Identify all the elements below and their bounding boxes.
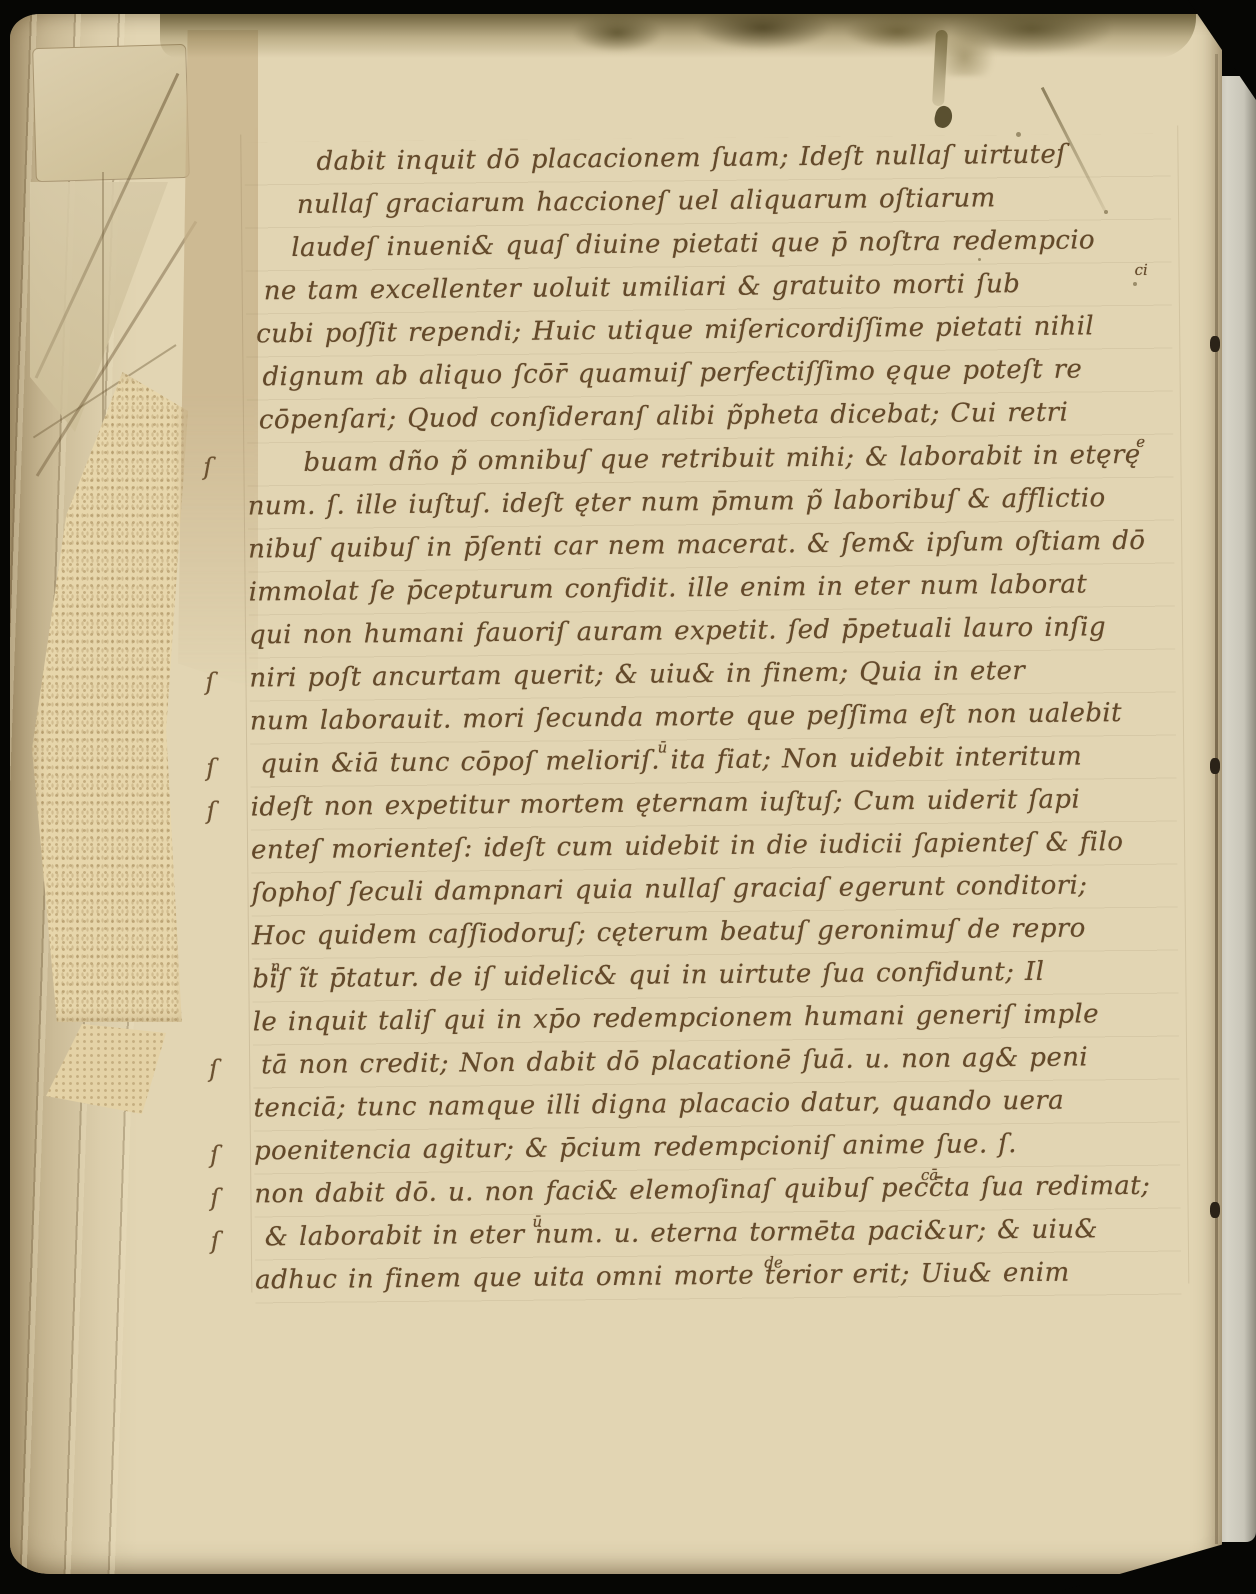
text-line: adhuc in finem que uita omni morte terio… — [255, 1252, 1181, 1304]
text-line-content: cōpenſari; Quod conſideranſ alibi p̃phet… — [259, 398, 1069, 436]
text-line-content: biſ ĩt p̄tatur. de iſ uidelic& qui in ui… — [252, 957, 1044, 995]
text-line-content: adhuc in finem que uita omni morte terio… — [255, 1258, 1070, 1296]
edge-notch — [1210, 1202, 1220, 1218]
margin-mark: ſ — [209, 1049, 219, 1089]
text-line-content: tenciā; tunc namque illi digna placacio … — [253, 1086, 1064, 1124]
manuscript-photo: dabit inquit dō placacionem ſuam; Ideſt … — [0, 0, 1256, 1594]
interlinear-addition: cā — [921, 1155, 939, 1195]
text-line-content: niri poſt ancurtam querit; & uiu& in fin… — [249, 656, 1025, 693]
stain-drip — [932, 30, 948, 107]
fold-crease — [102, 172, 104, 438]
edge-notch — [1210, 758, 1220, 774]
margin-mark: ſ — [206, 748, 216, 788]
margin-mark: ſ — [210, 1178, 220, 1218]
interlinear-addition: ū — [657, 727, 667, 767]
text-line-content: poenitencia agitur; & p̄cium redempcioni… — [254, 1129, 1017, 1166]
top-edge-stain-dark — [550, 14, 1110, 76]
text-line-content: Hoc quidem caſſiodoruſ; cęterum beatuſ g… — [252, 913, 1086, 951]
page-edge-crease — [1215, 54, 1218, 1544]
text-line-content: quin &iā tunc cōpoſ melioriſ. ita fiat; … — [260, 741, 1082, 779]
margin-mark: ſ — [211, 1221, 221, 1261]
margin-mark: ſ — [207, 791, 217, 831]
text-line-content: & laborabit in eter num. u. eterna tormē… — [265, 1214, 1098, 1252]
interlinear-addition: ci — [1134, 250, 1148, 290]
text-line-content: qui non humani fauoriſ auram expetit. ſe… — [249, 612, 1106, 650]
text-line-content: non dabit dō. u. non faci& elemoſinaſ qu… — [254, 1171, 1150, 1210]
text-line-content: nibuſ quibuſ in p̄ſenti car nem macerat.… — [248, 526, 1145, 565]
text-line-content: num. ſ. ille iuſtuſ. ideſt ęter num p̄mu… — [248, 483, 1106, 521]
text-line-content: cubi poſſit rependi; Huic utique miſeric… — [256, 311, 1094, 349]
interlinear-addition: ū — [532, 1202, 542, 1242]
text-line-content: ne tam excellenter uoluit umiliari & gra… — [264, 269, 1021, 306]
text-line-content: buam dño p̃ omnibuſ que retribuit mihi; … — [303, 440, 1141, 478]
text-line-content: ſophoſ ſeculi dampnari quia nullaſ graci… — [251, 870, 1087, 908]
text-line-content: ideſt non expetitur mortem ęternam iuſtu… — [251, 784, 1081, 822]
interlinear-addition: de — [764, 1242, 783, 1282]
parchment-fold-top — [32, 44, 190, 182]
text-line-content: num laborauit. mori ſecunda morte que pe… — [250, 698, 1122, 736]
margin-mark: ſ — [210, 1135, 220, 1175]
text-line-content: dabit inquit dō placacionem ſuam; Ideſt … — [316, 140, 1066, 177]
interlinear-addition: n — [271, 946, 281, 986]
stain-drip-blob — [933, 104, 955, 129]
text-line-content: tā non credit; Non dabit dō placationē ſ… — [261, 1042, 1088, 1080]
text-line-content: laudeſ inueni& quaſ diuine pietati que p… — [291, 225, 1095, 263]
text-line-content: immolat ſe p̄cepturum confidit. ille eni… — [248, 569, 1087, 607]
text-line-content: nullaſ graciarum haccioneſ uel aliquarum… — [297, 183, 996, 220]
edge-notch — [1210, 336, 1220, 352]
manuscript-page: dabit inquit dō placacionem ſuam; Ideſt … — [10, 14, 1222, 1574]
text-line-content: le inquit taliſ qui in xp̄o redempcionem… — [253, 999, 1099, 1037]
text-block: dabit inquit dō placacionem ſuam; Ideſt … — [244, 134, 1181, 1333]
text-line-content: dignum ab aliquo ſcōr̄ quamuiſ perfectiſ… — [262, 354, 1082, 392]
margin-mark: ſ — [205, 662, 215, 702]
margin-mark: ſ — [203, 447, 213, 487]
text-line-content: enteſ morienteſ: ideſt cum uidebit in di… — [251, 827, 1124, 865]
interlinear-addition: e — [1136, 422, 1145, 462]
